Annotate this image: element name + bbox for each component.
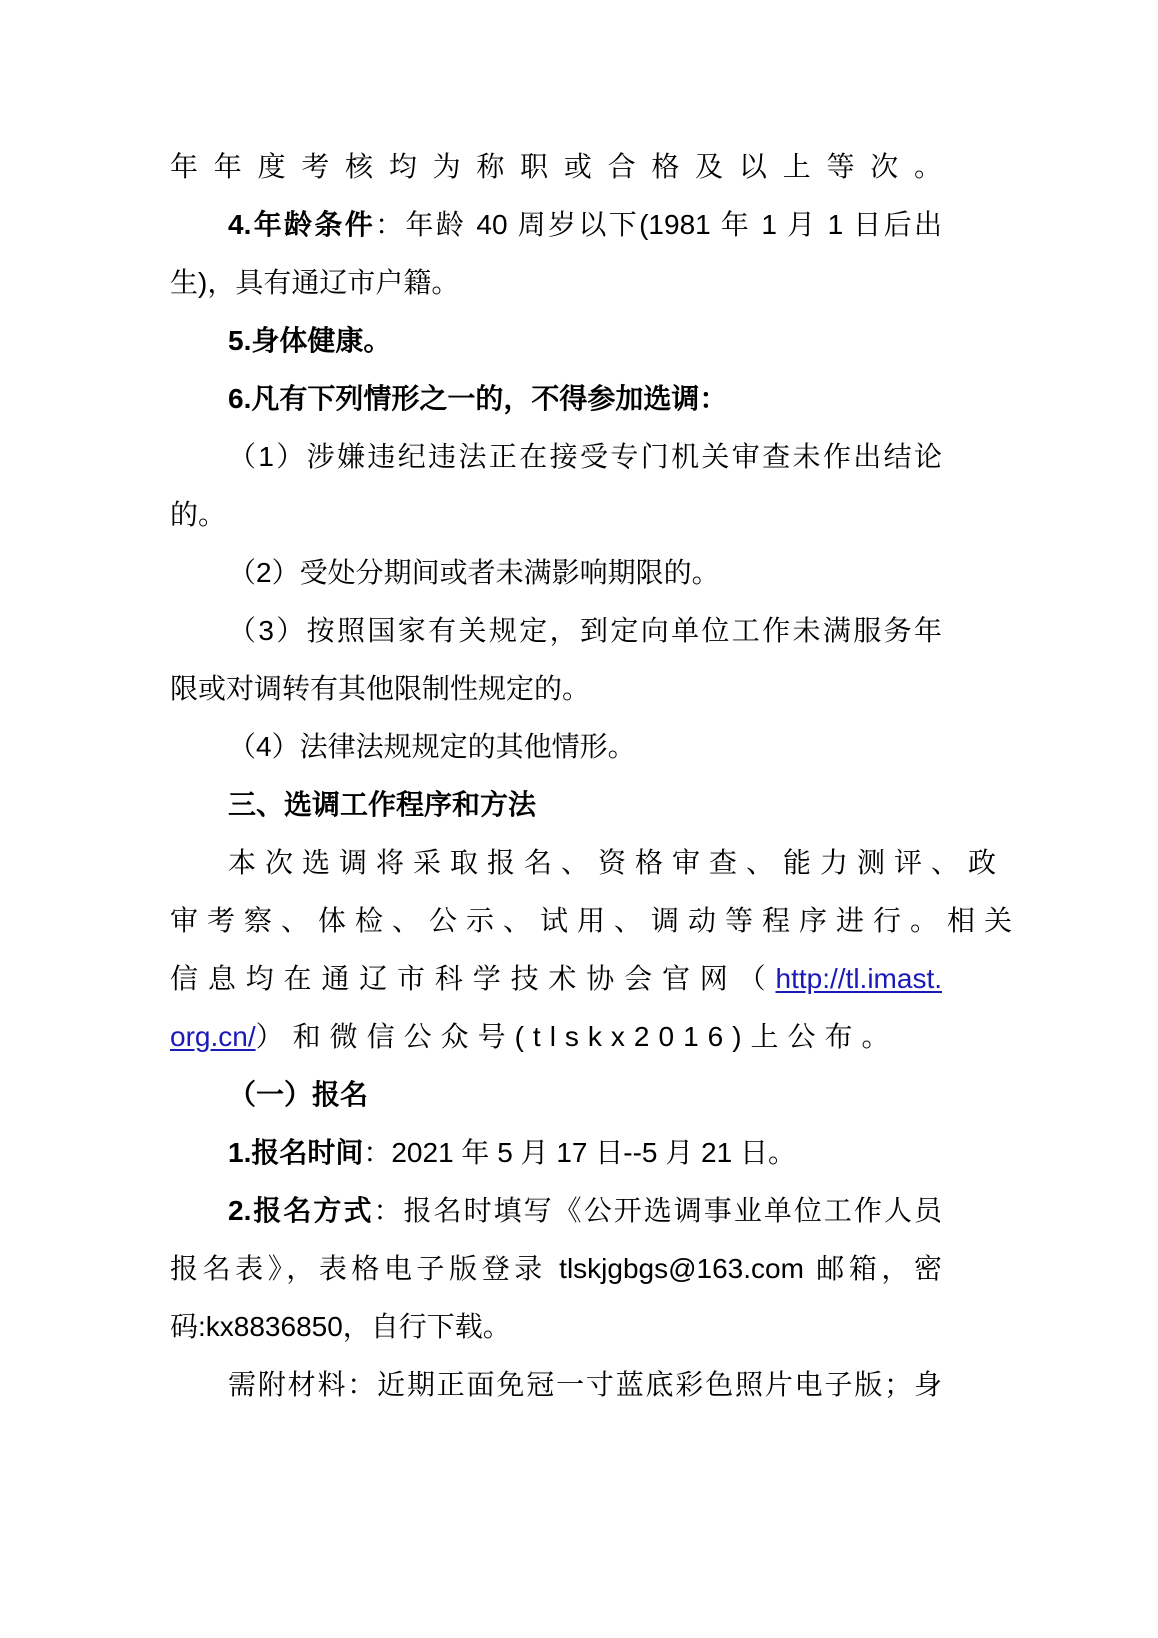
paragraph-health: 5.身体健康。 bbox=[170, 312, 942, 370]
website-link-continued[interactable]: org.cn/ bbox=[170, 1021, 256, 1052]
list-item-exclusion-4: （4）法律法规规定的其他情形。 bbox=[170, 718, 942, 776]
body-text: 本次选调将采取报名、资格审查、能力测评、政 bbox=[228, 847, 1005, 878]
paragraph-attachments: 需附材料：近期正面免冠一寸蓝底彩色照片电子版；身 bbox=[170, 1356, 942, 1414]
paragraph-procedure: 本次选调将采取报名、资格审查、能力测评、政 bbox=[170, 834, 942, 892]
paragraph-line: 的。 bbox=[170, 486, 942, 544]
paragraph-line: 限或对调转有其他限制性规定的。 bbox=[170, 660, 942, 718]
item-label: 1.报名时间 bbox=[228, 1137, 363, 1168]
item-label: 5.身体健康。 bbox=[228, 325, 391, 356]
body-text: 信息均在通辽市科学技术协会官网（ bbox=[170, 963, 776, 994]
paragraph-line: 生)，具有通辽市户籍。 bbox=[170, 254, 942, 312]
paragraph-line: 报名表》，表格电子版登录 tlskjgbgs@163.com 邮箱，密 bbox=[170, 1240, 942, 1298]
item-label: 6.凡有下列情形之一的，不得参加选调： bbox=[228, 383, 727, 414]
item-label: 4.年龄条件 bbox=[228, 209, 375, 240]
body-text: ：年龄 40 周岁以下(1981 年 1 月 1 日后出 bbox=[375, 209, 942, 240]
paragraph-age-condition: 4.年龄条件：年龄 40 周岁以下(1981 年 1 月 1 日后出 bbox=[170, 196, 942, 254]
paragraph-line: 信息均在通辽市科学技术协会官网（http://tl.imast. bbox=[170, 950, 942, 1008]
body-text: 生)，具有通辽市户籍。 bbox=[170, 267, 459, 298]
paragraph-registration-method: 2.报名方式：报名时填写《公开选调事业单位工作人员 bbox=[170, 1182, 942, 1240]
section-heading-procedure: 三、选调工作程序和方法 bbox=[170, 776, 942, 834]
body-text: 需附材料：近期正面免冠一寸蓝底彩色照片电子版；身 bbox=[228, 1369, 942, 1400]
list-item-exclusion-3: （3）按照国家有关规定，到定向单位工作未满服务年 bbox=[170, 602, 942, 660]
paragraph-line: 码:kx8836850，自行下载。 bbox=[170, 1298, 942, 1356]
document-page: 年年度考核均为称职或合格及以上等次。 4.年龄条件：年龄 40 周岁以下(198… bbox=[170, 138, 942, 1414]
body-text: 限或对调转有其他限制性规定的。 bbox=[170, 673, 590, 704]
body-text: （4）法律法规规定的其他情形。 bbox=[228, 731, 636, 762]
body-text: 报名表》，表格电子版登录 tlskjgbgs@163.com 邮箱，密 bbox=[170, 1253, 942, 1284]
item-label: 2.报名方式 bbox=[228, 1195, 374, 1226]
body-text: （3）按照国家有关规定，到定向单位工作未满服务年 bbox=[228, 615, 942, 646]
body-text: （1）涉嫌违纪违法正在接受专门机关审查未作出结论 bbox=[228, 441, 942, 472]
body-text: 审考察、体检、公示、试用、调动等程序进行。相关 bbox=[170, 905, 1021, 936]
body-text: （2）受处分期间或者未满影响期限的。 bbox=[228, 557, 720, 588]
paragraph-line: 审考察、体检、公示、试用、调动等程序进行。相关 bbox=[170, 892, 942, 950]
body-text: 码:kx8836850，自行下载。 bbox=[170, 1311, 511, 1342]
body-text: ：2021 年 5 月 17 日--5 月 21 日。 bbox=[363, 1137, 796, 1168]
paragraph-exclusions-heading: 6.凡有下列情形之一的，不得参加选调： bbox=[170, 370, 942, 428]
website-link[interactable]: http://tl.imast. bbox=[776, 963, 943, 994]
paragraph-line: 年年度考核均为称职或合格及以上等次。 bbox=[170, 138, 942, 196]
body-text: 的。 bbox=[170, 499, 226, 530]
body-text: 年年度考核均为称职或合格及以上等次。 bbox=[170, 151, 942, 182]
body-text: ）和微信公众号(tlskx2016)上公布。 bbox=[256, 1021, 899, 1052]
section-title: 三、选调工作程序和方法 bbox=[228, 789, 536, 820]
paragraph-line: org.cn/）和微信公众号(tlskx2016)上公布。 bbox=[170, 1008, 942, 1066]
body-text: ：报名时填写《公开选调事业单位工作人员 bbox=[374, 1195, 943, 1226]
subsection-title: （一）报名 bbox=[228, 1079, 368, 1110]
list-item-exclusion-1: （1）涉嫌违纪违法正在接受专门机关审查未作出结论 bbox=[170, 428, 942, 486]
paragraph-registration-time: 1.报名时间：2021 年 5 月 17 日--5 月 21 日。 bbox=[170, 1124, 942, 1182]
list-item-exclusion-2: （2）受处分期间或者未满影响期限的。 bbox=[170, 544, 942, 602]
subsection-heading-registration: （一）报名 bbox=[170, 1066, 942, 1124]
